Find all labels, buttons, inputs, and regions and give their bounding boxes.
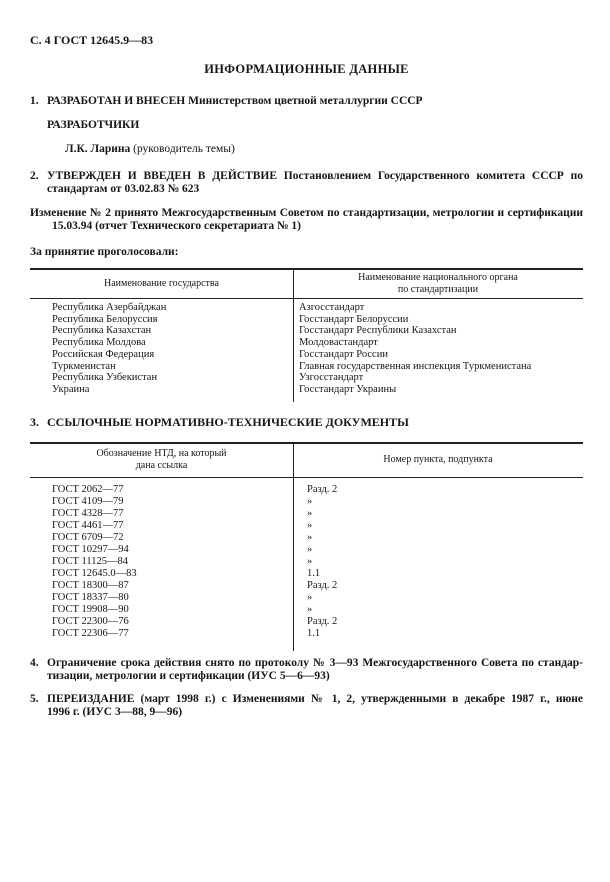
vote-col2-header-line-2: по стандартизации (398, 284, 478, 296)
section-1-number: 1. (30, 95, 47, 108)
section-2-number: 2. (30, 170, 47, 196)
vote-table-row: Российская Федерация Госстандарт России (30, 349, 583, 361)
vote-table-row: Республика Молдова Молдовастандарт (30, 337, 583, 349)
section-4: 4. Ограничение срока действия снято по п… (30, 657, 583, 683)
references-table-row: ГОСТ 18300—87 Разд. 2 (30, 580, 583, 592)
developer-name: Л.К. Ларина (65, 143, 130, 155)
ntd-designation-cell: ГОСТ 4328—77 (30, 508, 293, 520)
vote-table-divider (293, 268, 294, 402)
vote-table: Наименование государства Наименование на… (30, 268, 583, 402)
state-name-cell: Украина (30, 384, 293, 396)
amendment-line-1: Изменение № 2 принято Межгосударственным… (30, 207, 583, 220)
vote-table-row: Республика Белоруссия Госстандарт Белору… (30, 314, 583, 326)
references-table-row: ГОСТ 22306—77 1.1 (30, 628, 583, 640)
section-3-heading: 3. ССЫЛОЧНЫЕ НОРМАТИВНО-ТЕХНИЧЕСКИЕ ДОКУ… (30, 416, 583, 429)
state-name-cell: Республика Азербайджан (30, 302, 293, 314)
section-5-number: 5. (30, 693, 47, 719)
standards-body-cell: Молдовастандарт (293, 337, 583, 349)
references-table-row: ГОСТ 11125—84 » (30, 556, 583, 568)
section-1-text: РАЗРАБОТАН И ВНЕСЕН Министерством цветно… (47, 95, 583, 108)
section-3-number: 3. (30, 416, 47, 429)
state-name-cell: Республика Молдова (30, 337, 293, 349)
standards-body-cell: Госстандарт Белоруссии (293, 314, 583, 326)
developers-heading: РАЗРАБОТЧИКИ (47, 119, 583, 132)
clause-number-cell: » (293, 532, 583, 544)
standards-body-cell: Главная государственная инспекция Туркме… (293, 361, 583, 373)
ntd-designation-cell: ГОСТ 11125—84 (30, 556, 293, 568)
ntd-designation-cell: ГОСТ 22306—77 (30, 628, 293, 640)
references-table-row: ГОСТ 19908—90 » (30, 604, 583, 616)
state-name-cell: Республика Казахстан (30, 325, 293, 337)
references-table-row: ГОСТ 22300—76 Разд. 2 (30, 616, 583, 628)
ref-col1-header-line-2: дана ссылка (136, 460, 188, 472)
amendment-line-2: 15.03.94 (отчет Технического секретариат… (30, 220, 583, 233)
clause-number-cell: » (293, 544, 583, 556)
references-table-body: ГОСТ 2062—77 Разд. 2 ГОСТ 4109—79 » ГОСТ… (30, 478, 583, 651)
clause-number-cell: 1.1 (293, 628, 583, 640)
standards-body-cell: Азгосстандарт (293, 302, 583, 314)
state-name-cell: Республика Белоруссия (30, 314, 293, 326)
ntd-designation-cell: ГОСТ 12645.0—83 (30, 568, 293, 580)
section-2-line-1: УТВЕРЖДЕН И ВВЕДЕН В ДЕЙСТВИЕ Постановле… (47, 170, 583, 183)
standards-body-cell: Госстандарт Республики Казахстан (293, 325, 583, 337)
clause-number-cell: Разд. 2 (293, 616, 583, 628)
section-4-line-1: Ограничение срока действия снято по прот… (47, 657, 583, 670)
vote-col1-header: Наименование государства (30, 270, 293, 298)
amendment-note: Изменение № 2 принято Межгосударственным… (30, 207, 583, 233)
references-table-row: ГОСТ 10297—94 » (30, 544, 583, 556)
document-page: С. 4 ГОСТ 12645.9—83 ИНФОРМАЦИОННЫЕ ДАНН… (0, 0, 610, 719)
section-4-line-2: тизации, метрологии и сертификации (ИУС … (47, 670, 583, 683)
vote-table-row: Республика Узбекистан Узгосстандарт (30, 372, 583, 384)
section-2: 2. УТВЕРЖДЕН И ВВЕДЕН В ДЕЙСТВИЕ Постано… (30, 170, 583, 196)
vote-col2-header-line-1: Наименование национального органа (358, 272, 518, 284)
ntd-designation-cell: ГОСТ 6709—72 (30, 532, 293, 544)
vote-table-row: Республика Казахстан Госстандарт Республ… (30, 325, 583, 337)
ntd-designation-cell: ГОСТ 4109—79 (30, 496, 293, 508)
references-table-row: ГОСТ 4328—77 » (30, 508, 583, 520)
doc-title: ИНФОРМАЦИОННЫЕ ДАННЫЕ (30, 63, 583, 76)
standards-body-cell: Госстандарт Украины (293, 384, 583, 396)
ntd-designation-cell: ГОСТ 4461—77 (30, 520, 293, 532)
ntd-designation-cell: ГОСТ 2062—77 (30, 484, 293, 496)
ref-col1-header: Обозначение НТД, на который дана ссылка (30, 444, 293, 477)
state-name-cell: Туркменистан (30, 361, 293, 373)
page-header: С. 4 ГОСТ 12645.9—83 (30, 34, 583, 47)
vote-table-header: Наименование государства Наименование на… (30, 268, 583, 299)
vote-col1-header-text: Наименование государства (104, 278, 219, 290)
ntd-designation-cell: ГОСТ 10297—94 (30, 544, 293, 556)
vote-intro: За принятие проголосовали: (30, 246, 583, 259)
clause-number-cell: » (293, 508, 583, 520)
state-name-cell: Республика Узбекистан (30, 372, 293, 384)
vote-col2-header: Наименование национального органа по ста… (293, 270, 583, 298)
clause-number-cell: » (293, 604, 583, 616)
clause-number-cell: 1.1 (293, 568, 583, 580)
clause-number-cell: » (293, 496, 583, 508)
ref-col2-header: Номер пункта, подпункта (293, 444, 583, 477)
ntd-designation-cell: ГОСТ 19908—90 (30, 604, 293, 616)
references-table-row: ГОСТ 12645.0—83 1.1 (30, 568, 583, 580)
ref-col2-header-text: Номер пункта, подпункта (383, 454, 492, 466)
clause-number-cell: » (293, 556, 583, 568)
standards-body-cell: Госстандарт России (293, 349, 583, 361)
references-table-row: ГОСТ 4109—79 » (30, 496, 583, 508)
ref-col1-header-line-1: Обозначение НТД, на который (96, 448, 226, 460)
vote-table-row: Республика Азербайджан Азгосстандарт (30, 302, 583, 314)
developer-line: Л.К. Ларина (руководитель темы) (65, 143, 583, 156)
standards-body-cell: Узгосстандарт (293, 372, 583, 384)
references-table-row: ГОСТ 18337—80 » (30, 592, 583, 604)
section-1: 1. РАЗРАБОТАН И ВНЕСЕН Министерством цве… (30, 95, 583, 108)
section-3-heading-text: ССЫЛОЧНЫЕ НОРМАТИВНО-ТЕХНИЧЕСКИЕ ДОКУМЕН… (47, 416, 583, 429)
clause-number-cell: » (293, 592, 583, 604)
ntd-designation-cell: ГОСТ 18300—87 (30, 580, 293, 592)
developer-role: (руководитель темы) (133, 143, 235, 155)
section-5-line-2: 1996 г. (ИУС 3—88, 9—96) (47, 706, 583, 719)
state-name-cell: Российская Федерация (30, 349, 293, 361)
vote-table-row: Украина Госстандарт Украины (30, 384, 583, 396)
references-table-row: ГОСТ 4461—77 » (30, 520, 583, 532)
section-4-number: 4. (30, 657, 47, 683)
vote-table-body: Республика Азербайджан Азгосстандарт Рес… (30, 299, 583, 402)
references-table-divider (293, 442, 294, 651)
section-2-line-2: стандартам от 03.02.83 № 623 (47, 183, 583, 196)
section-5: 5. ПЕРЕИЗДАНИЕ (март 1998 г.) с Изменени… (30, 693, 583, 719)
clause-number-cell: Разд. 2 (293, 580, 583, 592)
references-table-row: ГОСТ 6709—72 » (30, 532, 583, 544)
clause-number-cell: » (293, 520, 583, 532)
references-table: Обозначение НТД, на который дана ссылка … (30, 442, 583, 651)
ntd-designation-cell: ГОСТ 18337—80 (30, 592, 293, 604)
references-table-header: Обозначение НТД, на который дана ссылка … (30, 442, 583, 478)
vote-table-row: Туркменистан Главная государственная инс… (30, 361, 583, 373)
references-table-row: ГОСТ 2062—77 Разд. 2 (30, 484, 583, 496)
clause-number-cell: Разд. 2 (293, 484, 583, 496)
ntd-designation-cell: ГОСТ 22300—76 (30, 616, 293, 628)
section-5-line-1: ПЕРЕИЗДАНИЕ (март 1998 г.) с Изменениями… (47, 693, 583, 706)
